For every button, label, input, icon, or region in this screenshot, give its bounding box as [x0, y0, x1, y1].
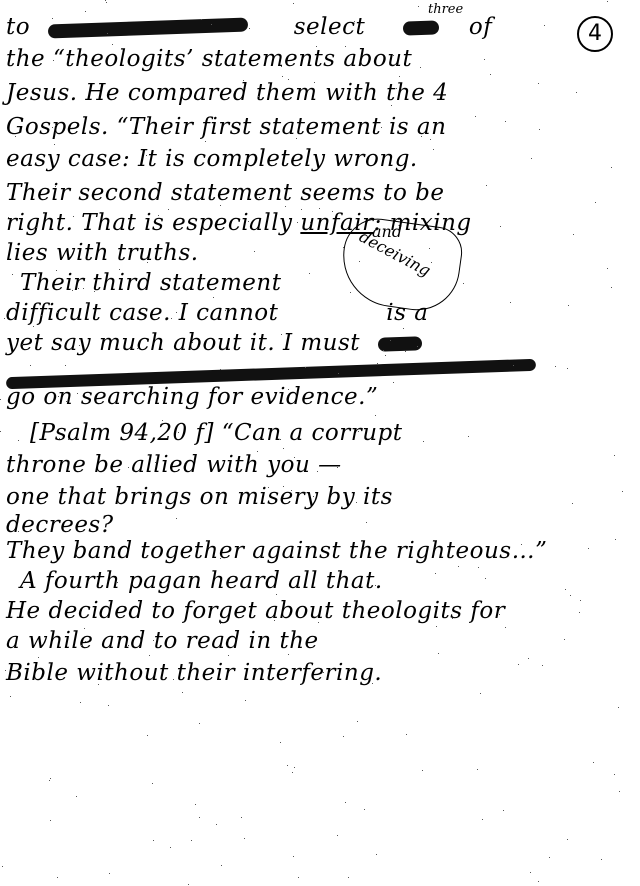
scan-speckle	[490, 74, 491, 75]
scan-speckle	[296, 138, 297, 139]
scan-speckle	[294, 767, 295, 768]
scan-speckle	[11, 161, 12, 162]
text-line-8: lies with truths.	[6, 240, 199, 266]
scan-speckle	[375, 585, 376, 586]
scan-speckle	[317, 471, 318, 472]
scan-speckle	[285, 206, 286, 207]
scan-speckle	[52, 18, 53, 19]
scan-speckle	[364, 809, 365, 810]
scan-speckle	[41, 315, 42, 316]
scan-speckle	[478, 567, 479, 568]
scan-speckle	[0, 399, 1, 400]
scan-speckle	[601, 859, 602, 860]
scan-speckle	[452, 618, 453, 619]
scan-speckle	[201, 19, 202, 20]
scan-speckle	[607, 1, 608, 2]
scan-speckle	[393, 55, 394, 56]
scan-speckle	[280, 742, 281, 743]
scan-speckle	[56, 270, 57, 271]
scan-speckle	[463, 283, 464, 284]
scan-speckle	[128, 645, 129, 646]
scan-speckle	[337, 835, 338, 836]
scan-speckle	[282, 76, 283, 77]
scan-speckle	[274, 620, 275, 621]
scan-speckle	[310, 222, 311, 223]
scan-speckle	[9, 20, 10, 21]
scan-speckle	[57, 877, 58, 878]
scan-speckle	[343, 247, 344, 248]
scan-speckle	[283, 448, 284, 449]
scan-speckle	[0, 431, 1, 432]
scan-speckle	[579, 612, 580, 613]
scan-speckle	[2, 866, 3, 867]
scan-speckle	[421, 136, 422, 137]
scan-speckle	[438, 653, 439, 654]
scan-speckle	[12, 274, 13, 275]
scan-speckle	[607, 268, 608, 269]
scan-speckle	[390, 340, 391, 341]
scan-speckle	[354, 21, 355, 22]
scan-speckle	[313, 496, 314, 497]
scan-speckle	[162, 420, 163, 421]
scan-speckle	[199, 723, 200, 724]
line-text: right. That is especially	[6, 210, 300, 236]
scan-speckle	[65, 365, 66, 366]
scan-speckle	[220, 558, 221, 559]
scan-speckle	[531, 158, 532, 159]
scan-speckle	[288, 654, 289, 655]
scan-speckle	[503, 810, 504, 811]
scan-speckle	[611, 287, 612, 288]
scan-speckle	[323, 672, 324, 673]
scan-speckle	[66, 401, 67, 402]
scan-speckle	[513, 365, 514, 366]
scan-speckle	[345, 46, 346, 47]
scan-speckle	[337, 467, 338, 468]
scan-speckle	[343, 736, 344, 737]
scan-speckle	[79, 345, 80, 346]
inserted-word: three	[428, 2, 463, 17]
scan-speckle	[145, 501, 146, 502]
scan-speckle	[359, 261, 360, 262]
scan-speckle	[580, 600, 581, 601]
scan-speckle	[398, 219, 399, 220]
scan-speckle	[458, 566, 459, 567]
scan-speckle	[420, 67, 421, 68]
scan-speckle	[356, 502, 357, 503]
scan-speckle	[171, 318, 172, 319]
scan-speckle	[244, 838, 245, 839]
scan-speckle	[221, 865, 222, 866]
scan-speckle	[191, 840, 192, 841]
scan-speckle	[202, 278, 203, 279]
scan-speckle	[314, 82, 315, 83]
scan-speckle	[243, 80, 244, 81]
scan-speckle	[418, 6, 419, 7]
scan-speckle	[81, 645, 82, 646]
scan-speckle	[8, 217, 9, 218]
scan-speckle	[544, 25, 545, 26]
scan-speckle	[83, 288, 84, 289]
line-text: yet say much about it. I must	[6, 330, 360, 356]
scan-speckle	[403, 328, 404, 329]
scan-speckle	[158, 215, 159, 216]
scribble-crossout	[378, 336, 422, 352]
scan-speckle	[225, 310, 226, 311]
scan-speckle	[436, 626, 437, 627]
scan-speckle	[593, 762, 594, 763]
scan-speckle	[614, 455, 615, 456]
scan-speckle	[567, 839, 568, 840]
scan-speckle	[486, 185, 487, 186]
scan-speckle	[429, 248, 430, 249]
scan-speckle	[288, 389, 289, 390]
scan-speckle	[155, 462, 156, 463]
scan-speckle	[59, 438, 60, 439]
scribble-crossout	[403, 20, 439, 35]
scan-speckle	[4, 318, 5, 319]
scan-speckle	[94, 291, 95, 292]
scan-speckle	[521, 544, 522, 545]
line-text: to	[6, 14, 30, 40]
scan-speckle	[499, 614, 500, 615]
scan-speckle	[5, 670, 6, 671]
scan-speckle	[614, 774, 615, 775]
scan-speckle	[176, 312, 177, 313]
scan-speckle	[220, 205, 221, 206]
scan-speckle	[73, 216, 74, 217]
scan-speckle	[33, 326, 34, 327]
scan-speckle	[50, 820, 51, 821]
scan-speckle	[109, 873, 110, 874]
text-line-17: decrees?	[6, 512, 114, 538]
scan-speckle	[538, 881, 539, 882]
scan-speckle	[137, 348, 138, 349]
scan-speckle	[358, 431, 359, 432]
scan-speckle	[72, 290, 73, 291]
scan-speckle	[450, 12, 451, 13]
text-line-13: go on searching for evidence.”	[6, 384, 378, 410]
scan-speckle	[364, 190, 365, 191]
scan-speckle	[381, 127, 382, 128]
scan-speckle	[375, 415, 376, 416]
scan-speckle	[564, 639, 565, 640]
scan-speckle	[318, 622, 319, 623]
scan-speckle	[542, 665, 543, 666]
scan-speckle	[480, 693, 481, 694]
scan-speckle	[423, 441, 424, 442]
scan-speckle	[294, 457, 295, 458]
text-line-15: throne be allied with you —	[6, 452, 342, 478]
scan-speckle	[205, 141, 206, 142]
scan-speckle	[153, 840, 154, 841]
scan-speckle	[618, 707, 619, 708]
scan-speckle	[176, 518, 177, 519]
text-line-9: Their third statement	[20, 270, 281, 296]
scan-speckle	[288, 79, 289, 80]
scan-speckle	[173, 679, 174, 680]
scan-speckle	[147, 262, 148, 263]
scan-speckle	[54, 144, 55, 145]
scan-speckle	[268, 199, 269, 200]
scan-speckle	[117, 582, 118, 583]
scan-speckle	[350, 292, 351, 293]
scan-speckle	[105, 0, 106, 1]
scan-speckle	[399, 76, 400, 77]
scan-speckle	[332, 211, 333, 212]
scan-speckle	[510, 302, 511, 303]
scan-speckle	[528, 658, 529, 659]
scan-speckle	[595, 202, 596, 203]
scan-speckle	[538, 83, 539, 84]
scan-speckle	[22, 344, 23, 345]
scan-speckle	[348, 877, 349, 878]
scan-speckle	[276, 594, 277, 595]
scan-speckle	[293, 856, 294, 857]
text-line-21: a while and to read in the	[6, 628, 319, 654]
scan-speckle	[377, 363, 378, 364]
scan-speckle	[570, 595, 571, 596]
scan-speckle	[257, 451, 258, 452]
scan-speckle	[366, 522, 367, 523]
scan-speckle	[182, 692, 183, 693]
scan-speckle	[85, 11, 86, 12]
scan-speckle	[588, 548, 589, 549]
scan-speckle	[505, 121, 506, 122]
line-text: select	[294, 14, 366, 40]
scan-speckle	[357, 721, 358, 722]
scan-speckle	[393, 382, 394, 383]
scan-speckle	[576, 92, 577, 93]
scan-speckle	[168, 209, 169, 210]
scan-speckle	[15, 136, 16, 137]
scan-speckle	[291, 490, 292, 491]
scan-speckle	[297, 222, 298, 223]
scan-speckle	[555, 366, 556, 367]
scan-speckle	[475, 116, 476, 117]
scan-speckle	[153, 640, 154, 641]
scan-speckle	[58, 396, 59, 397]
scan-speckle	[431, 262, 432, 263]
scan-speckle	[68, 439, 69, 440]
scan-speckle	[228, 655, 229, 656]
scan-speckle	[254, 251, 255, 252]
scan-speckle	[112, 44, 113, 45]
scan-speckle	[85, 641, 86, 642]
scan-speckle	[622, 491, 623, 492]
line-text: of	[469, 14, 492, 40]
scan-speckle	[76, 796, 77, 797]
scan-speckle	[207, 316, 208, 317]
scan-speckle	[316, 46, 317, 47]
scan-speckle	[372, 683, 373, 684]
scan-speckle	[376, 854, 377, 855]
page-number: 4	[577, 16, 613, 52]
scan-speckle	[281, 66, 282, 67]
scan-speckle	[567, 368, 568, 369]
scan-speckle	[549, 857, 550, 858]
scan-speckle	[301, 209, 302, 210]
text-line-16: one that brings on misery by its	[6, 484, 393, 510]
scan-speckle	[451, 614, 452, 615]
scan-speckle	[220, 369, 221, 370]
scan-speckle	[107, 33, 108, 34]
scan-speckle	[147, 556, 148, 557]
scan-speckle	[80, 702, 81, 703]
scan-speckle	[18, 440, 19, 441]
scan-speckle	[149, 655, 150, 656]
text-line-19: A fourth pagan heard all that.	[20, 568, 383, 594]
scan-speckle	[106, 2, 107, 3]
scan-speckle	[293, 3, 294, 4]
scan-speckle	[281, 334, 282, 335]
scan-speckle	[38, 657, 39, 658]
scan-speckle	[170, 847, 171, 848]
scan-speckle	[55, 125, 56, 126]
scan-speckle	[108, 705, 109, 706]
scribble-crossout	[48, 18, 248, 39]
text-line-18: They band together against the righteous…	[6, 538, 547, 564]
scan-speckle	[500, 226, 501, 227]
handwritten-page: 4 to select of three the “theologits’ st…	[0, 0, 640, 886]
scan-speckle	[422, 770, 423, 771]
scan-speckle	[18, 531, 19, 532]
scan-speckle	[396, 88, 397, 89]
scan-speckle	[211, 24, 212, 25]
scan-speckle	[565, 589, 566, 590]
scan-speckle	[430, 139, 431, 140]
scan-speckle	[258, 96, 259, 97]
scan-speckle	[146, 155, 147, 156]
scan-speckle	[53, 60, 54, 61]
scan-speckle	[433, 149, 434, 150]
line-text: difficult case. I cannot	[6, 300, 278, 326]
text-line-10: difficult case. I cannot is a	[6, 300, 428, 326]
scan-speckle	[98, 684, 99, 685]
text-line-2: the “theologits’ statements about	[6, 46, 412, 72]
scan-speckle	[192, 342, 193, 343]
scan-speckle	[405, 351, 406, 352]
scan-speckle	[518, 664, 519, 665]
scan-speckle	[530, 872, 531, 873]
scan-speckle	[619, 791, 620, 792]
scan-speckle	[216, 824, 217, 825]
scan-speckle	[178, 432, 179, 433]
scan-speckle	[572, 503, 573, 504]
scan-speckle	[391, 105, 392, 106]
scan-speckle	[292, 772, 293, 773]
scan-speckle	[374, 390, 375, 391]
text-line-1: to select of	[6, 14, 492, 40]
scan-speckle	[241, 817, 242, 818]
text-line-5: easy case: It is completely wrong.	[6, 146, 418, 172]
scan-speckle	[319, 208, 320, 209]
scan-speckle	[84, 628, 85, 629]
scan-speckle	[213, 297, 214, 298]
scan-speckle	[49, 780, 50, 781]
text-line-3: Jesus. He compared them with the 4	[6, 80, 448, 106]
scan-speckle	[32, 311, 33, 312]
scan-speckle	[383, 350, 384, 351]
scan-speckle	[345, 802, 346, 803]
scan-speckle	[539, 129, 540, 130]
scan-speckle	[55, 186, 56, 187]
scan-speckle	[195, 804, 196, 805]
scan-speckle	[119, 269, 120, 270]
scan-speckle	[611, 167, 612, 168]
scan-speckle	[10, 696, 11, 697]
scan-speckle	[435, 573, 436, 574]
scan-speckle	[268, 487, 269, 488]
scan-speckle	[87, 198, 88, 199]
scan-speckle	[485, 578, 486, 579]
scan-speckle	[568, 305, 569, 306]
scan-speckle	[321, 393, 322, 394]
scan-speckle	[298, 877, 299, 878]
scan-speckle	[385, 355, 386, 356]
scan-speckle	[482, 819, 483, 820]
scan-speckle	[283, 486, 284, 487]
scan-speckle	[36, 227, 37, 228]
scan-speckle	[188, 884, 189, 885]
scan-speckle	[249, 28, 250, 29]
scan-speckle	[18, 499, 19, 500]
scan-speckle	[468, 436, 469, 437]
scan-speckle	[338, 373, 339, 374]
scan-speckle	[57, 312, 58, 313]
scan-speckle	[77, 393, 78, 394]
scan-speckle	[477, 769, 478, 770]
scan-speckle	[52, 127, 53, 128]
scan-speckle	[199, 817, 200, 818]
scan-speckle	[406, 734, 407, 735]
scan-speckle	[287, 765, 288, 766]
scan-speckle	[417, 346, 418, 347]
scan-speckle	[305, 367, 306, 368]
scan-speckle	[259, 197, 260, 198]
scan-speckle	[573, 234, 574, 235]
text-line-14: [Psalm 94,20 f] “Can a corrupt	[30, 420, 403, 446]
text-line-20: He decided to forget about theologits fo…	[6, 598, 505, 624]
scan-speckle	[615, 539, 616, 540]
scan-speckle	[152, 783, 153, 784]
scan-speckle	[505, 627, 506, 628]
text-line-12-crossed	[6, 360, 536, 386]
scan-speckle	[147, 735, 148, 736]
scan-speckle	[484, 59, 485, 60]
scan-speckle	[220, 623, 221, 624]
scan-speckle	[78, 288, 79, 289]
text-line-11: yet say much about it. I must	[6, 330, 422, 356]
scan-speckle	[280, 439, 281, 440]
text-line-6: Their second statement seems to be	[6, 180, 445, 206]
text-line-22: Bible without their interfering.	[6, 660, 382, 686]
scan-speckle	[128, 467, 129, 468]
scan-speckle	[50, 778, 51, 779]
scan-speckle	[30, 365, 31, 366]
scan-speckle	[248, 221, 249, 222]
scan-speckle	[309, 273, 310, 274]
scan-speckle	[245, 700, 246, 701]
